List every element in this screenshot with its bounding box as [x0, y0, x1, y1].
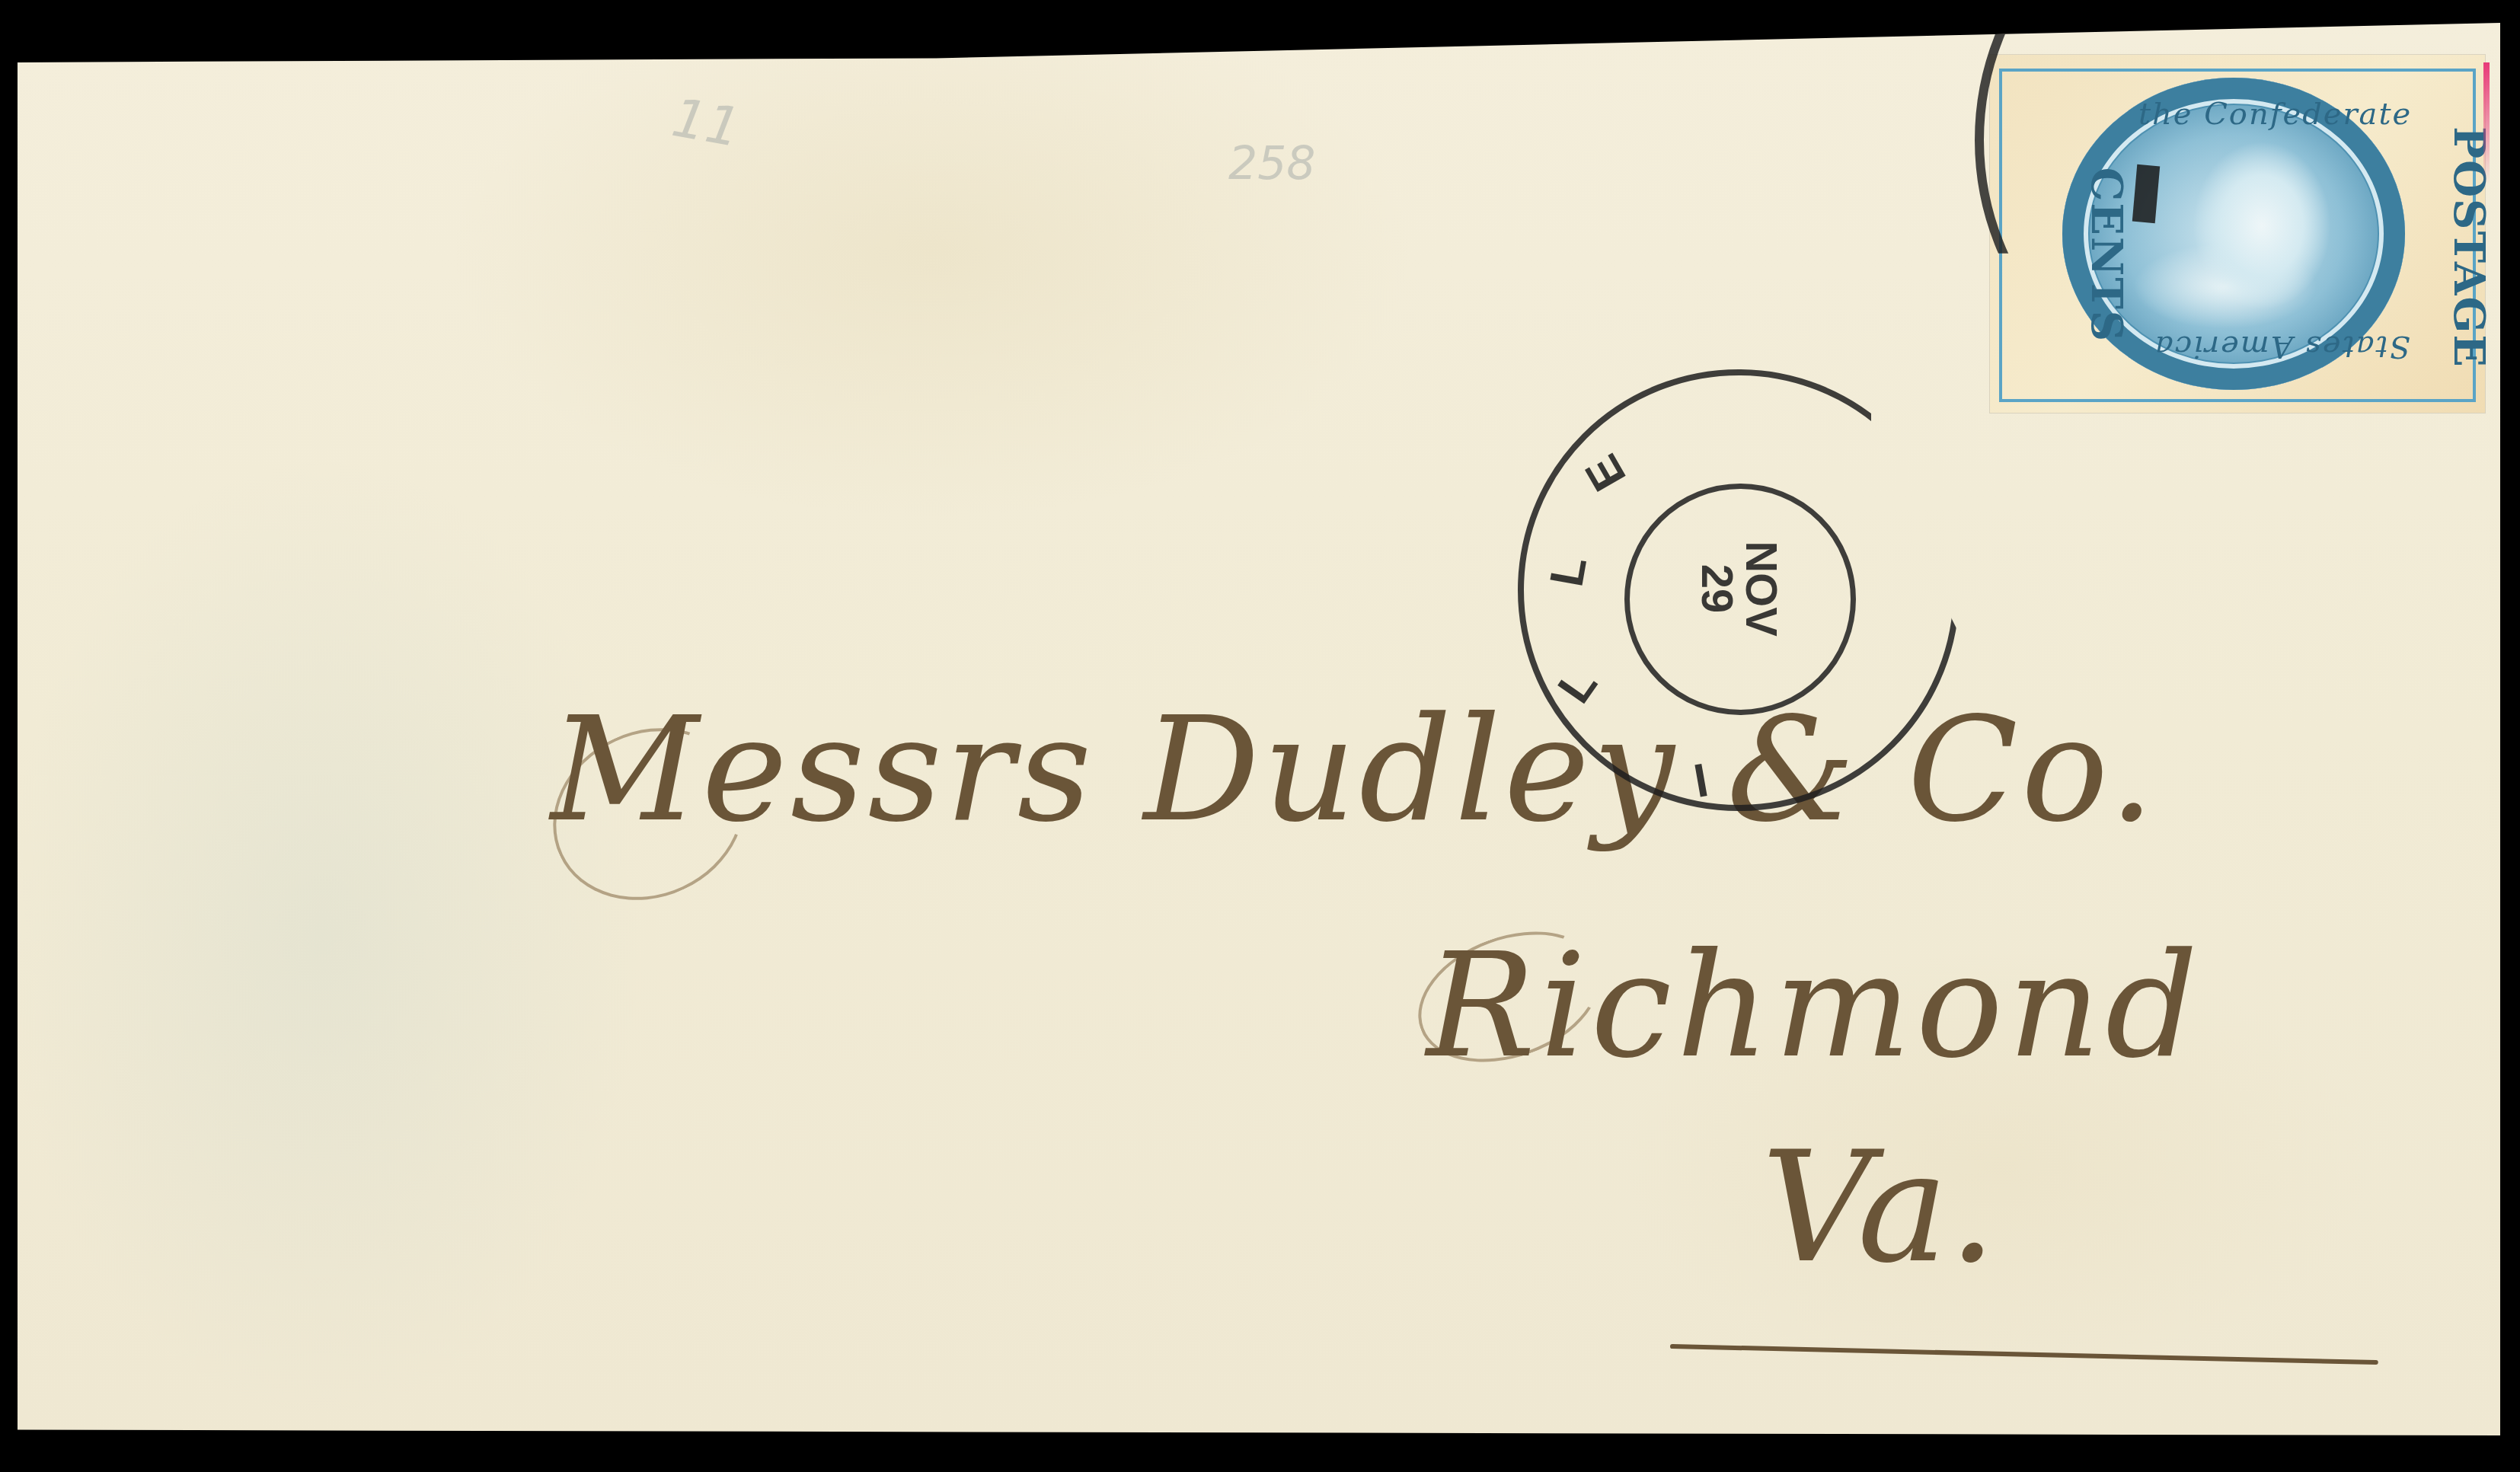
postmark-date: NOV 29 — [1694, 524, 1783, 653]
postmark-month: NOV — [1739, 524, 1783, 653]
envelope: 11 258 Messrs Dudley & Co. Richmond Va. … — [18, 23, 2500, 1435]
postage-stamp: the Confederate States America CENTS POS… — [1990, 55, 2485, 413]
circular-datestamp-postmark: I L L E NOV 29 — [1518, 369, 1959, 811]
pink-edge-stain — [2483, 62, 2490, 184]
postmark-day: 29 — [1694, 524, 1739, 653]
pencil-notation: 11 — [668, 86, 746, 159]
pencil-notation: 258 — [1228, 137, 1316, 190]
address-underline — [1670, 1344, 2378, 1365]
address-state: Va. — [1761, 1119, 1997, 1297]
stamp-bottom-legend: States America — [2154, 329, 2410, 364]
address-city: Richmond — [1426, 921, 2202, 1090]
